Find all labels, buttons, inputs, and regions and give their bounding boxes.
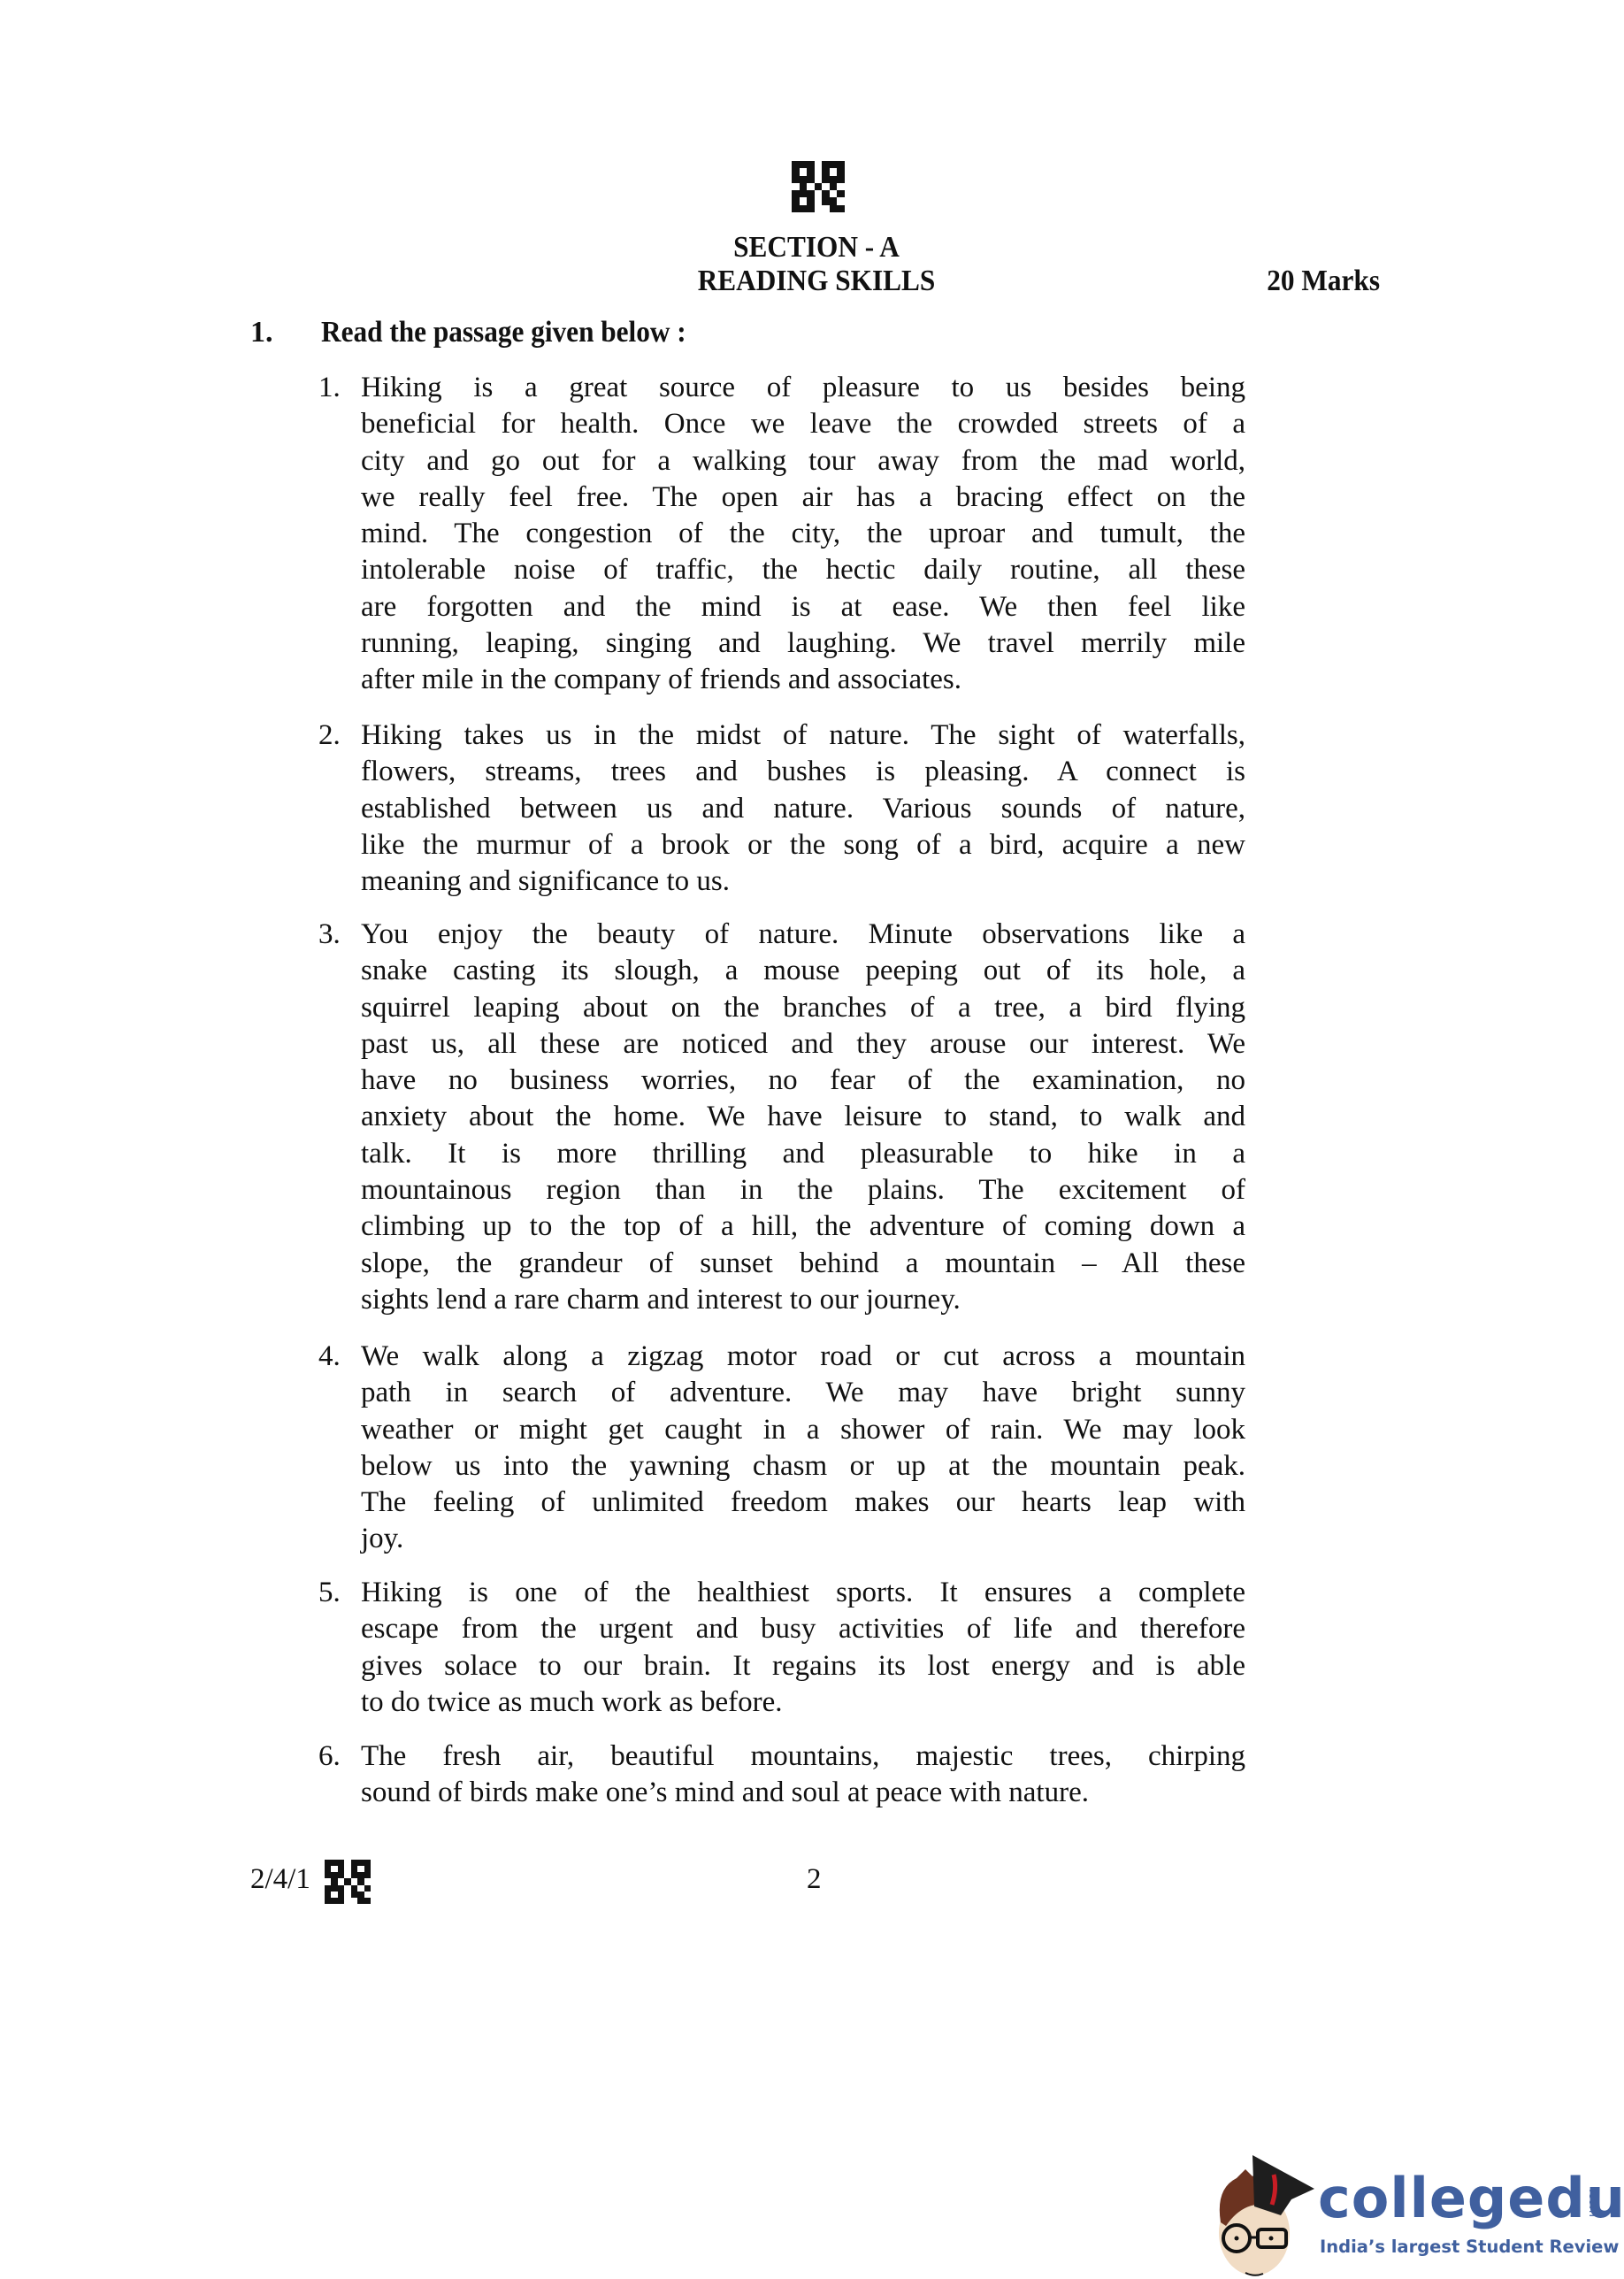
paragraph-line: flowers, streams, trees and bushes is pl… xyxy=(361,754,1245,790)
paragraph-line: Hiking is a great source of pleasure to … xyxy=(361,370,1245,406)
paragraph-number: 4. xyxy=(318,1339,341,1375)
paragraph-line: Hiking is one of the healthiest sports. … xyxy=(361,1575,1245,1611)
paragraph-line: intolerable noise of traffic, the hectic… xyxy=(361,552,1245,588)
paragraph-line: You enjoy the beauty of nature. Minute o… xyxy=(361,917,1245,953)
paragraph-line: We walk along a zigzag motor road or cut… xyxy=(361,1339,1245,1375)
paragraph-number: 6. xyxy=(318,1738,341,1775)
paragraph-line: past us, all these are noticed and they … xyxy=(361,1026,1245,1063)
paragraph-line: mountainous region than in the plains. T… xyxy=(361,1172,1245,1209)
paragraph-line: gives solace to our brain. It regains it… xyxy=(361,1648,1245,1684)
qr-code-icon xyxy=(325,1860,371,1904)
collegedunia-logo: collegedunia .com India’s largest Studen… xyxy=(1210,2153,1624,2279)
paragraph-line: anxiety about the home. We have leisure … xyxy=(361,1099,1245,1135)
paragraph-line: we really feel free. The open air has a … xyxy=(361,480,1245,516)
paragraph-line: meaning and significance to us. xyxy=(361,863,1245,900)
paragraph-number: 2. xyxy=(318,717,341,754)
section-marks: 20 Marks xyxy=(1233,264,1380,299)
brand-tld: .com xyxy=(1586,2189,1599,2217)
paragraph-line: below us into the yawning chasm or up at… xyxy=(361,1448,1245,1485)
student-mascot-icon xyxy=(1210,2153,1314,2279)
paragraph-line: running, leaping, singing and laughing. … xyxy=(361,625,1245,662)
paragraph-number: 1. xyxy=(318,370,341,406)
paragraph-line: The fresh air, beautiful mountains, maje… xyxy=(361,1738,1245,1775)
paragraph-line: sound of birds make one’s mind and soul … xyxy=(361,1775,1245,1811)
paragraph-line: snake casting its slough, a mouse peepin… xyxy=(361,953,1245,989)
question-prompt: Read the passage given below : xyxy=(321,316,686,349)
paragraph-line: mind. The congestion of the city, the up… xyxy=(361,516,1245,552)
paragraph-line: Hiking takes us in the midst of nature. … xyxy=(361,717,1245,754)
paragraph-number: 5. xyxy=(318,1575,341,1611)
paragraph-line: joy. xyxy=(361,1521,1245,1557)
paragraph-line: climbing up to the top of a hill, the ad… xyxy=(361,1209,1245,1245)
paragraph-line: after mile in the company of friends and… xyxy=(361,662,1245,698)
paragraph-line: city and go out for a walking tour away … xyxy=(361,443,1245,480)
paragraph-line: have no business worries, no fear of the… xyxy=(361,1063,1245,1099)
paragraph-line: weather or might get caught in a shower … xyxy=(361,1412,1245,1448)
paragraph-line: escape from the urgent and busy activiti… xyxy=(361,1611,1245,1647)
paragraph-line: to do twice as much work as before. xyxy=(361,1684,1245,1721)
brand-name: collegedunia xyxy=(1318,2169,1624,2228)
paragraph-line: are forgotten and the mind is at ease. W… xyxy=(361,589,1245,625)
paragraph-line: path in search of adventure. We may have… xyxy=(361,1375,1245,1411)
paragraph-line: like the murmur of a brook or the song o… xyxy=(361,827,1245,863)
page-number: 2 xyxy=(807,1863,822,1896)
paragraph-line: sights lend a rare charm and interest to… xyxy=(361,1282,1245,1318)
paragraph-line: established between us and nature. Vario… xyxy=(361,791,1245,827)
section-subtitle: READING SKILLS xyxy=(654,264,979,299)
paragraph-number: 3. xyxy=(318,917,341,953)
paragraph-line: slope, the grandeur of sunset behind a m… xyxy=(361,1246,1245,1282)
paper-code: 2/4/1 xyxy=(250,1863,310,1896)
paragraph-line: talk. It is more thrilling and pleasurab… xyxy=(361,1136,1245,1172)
qr-code-icon xyxy=(792,161,845,212)
paragraph-line: beneficial for health. Once we leave the… xyxy=(361,406,1245,442)
section-title: SECTION - A xyxy=(654,230,979,265)
paragraph-line: squirrel leaping about on the branches o… xyxy=(361,990,1245,1026)
question-number: 1. xyxy=(250,316,273,349)
brand-tagline: India’s largest Student Review Platform xyxy=(1320,2237,1624,2257)
paragraph-line: The feeling of unlimited freedom makes o… xyxy=(361,1485,1245,1521)
